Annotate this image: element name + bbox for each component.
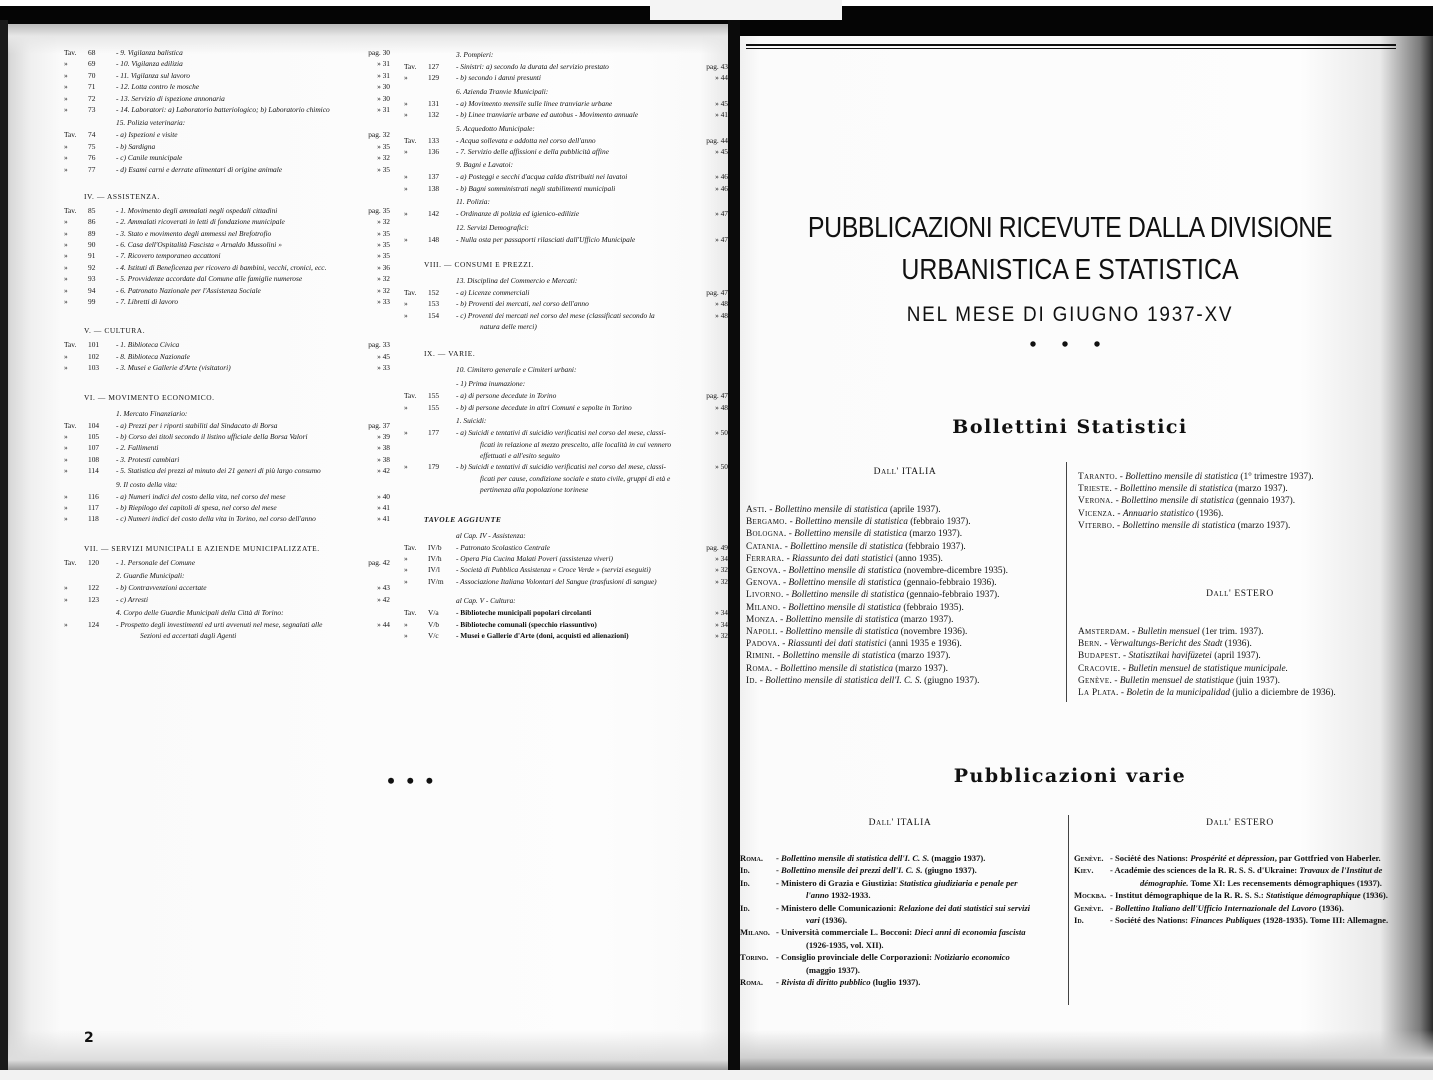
publication-title: Bulletin mensuel de statistique (1120, 676, 1234, 686)
page-reference: » 33 (377, 362, 390, 373)
table-number: 117 (88, 502, 110, 513)
index-row: »108- 3. Protesti cambiari» 38 (64, 454, 390, 465)
table-number: 153 (428, 298, 450, 309)
publication-note: (april 1937). (1214, 651, 1260, 661)
entry-description: - b) Linee tranviarie urbane ed autobus … (456, 109, 638, 120)
publication-city: Kiev. (1074, 864, 1110, 876)
index-row: »V/b- Biblioteche comunali (specchio ria… (404, 619, 728, 630)
index-row: »75- b) Sardigna» 35 (64, 141, 390, 152)
publication-city: Bern. (1078, 639, 1102, 649)
index-row: »92- 4. Istituti di Beneficenza per rico… (64, 262, 390, 273)
table-label: » (404, 72, 426, 83)
entry-description: - 10. Vigilanza edilizia (116, 58, 183, 69)
page-reference: » 38 (377, 442, 390, 453)
table-label: » (64, 104, 86, 115)
index-row: Tav.127- Sinistri: a) secondo la durata … (404, 61, 728, 72)
index-row: »116- a) Numeri indici del costo della v… (64, 491, 390, 502)
table-label: » (64, 582, 86, 593)
table-label: » (64, 262, 86, 273)
page-reference: » 31 (377, 58, 390, 69)
page-reference: » 38 (377, 454, 390, 465)
page-reference: » 31 (377, 104, 390, 115)
entry-description: - a) di persone decedute in Torino (456, 390, 556, 401)
entry-description: - 9. Vigilanza balistica (116, 47, 183, 58)
publication-note: (febbraio 1937). (905, 542, 965, 552)
publication-entry: Bern. - Verwaltungs-Bericht des Stadt (1… (1078, 638, 1398, 650)
entry-description: - b) secondo i danni presunti (456, 72, 541, 83)
publication-note: (1936). (1225, 639, 1252, 649)
page-reference: » 32 (715, 564, 728, 575)
index-column-1: Tav.68- 9. Vigilanza balisticapag. 30»69… (64, 47, 390, 642)
subsection-heading: 1. Mercato Finanziario: (64, 406, 390, 420)
page-reference: » 32 (715, 630, 728, 641)
publication-city: Cracovie. (1078, 664, 1120, 674)
publication-city: Id. (740, 864, 776, 876)
table-label: » (404, 402, 426, 413)
table-label: » (64, 228, 86, 239)
publication-entry: La Plata. - Boletin de la municipalidad … (1078, 687, 1398, 699)
page-reference: » 46 (715, 171, 728, 182)
table-number: 94 (88, 285, 110, 296)
spacer (64, 175, 390, 185)
publication-entry: Padova. - Riassunti dei dati statistici … (746, 638, 1066, 650)
ornament-dots: • • • (387, 776, 436, 786)
publication-entry: Id.- Société des Nations: Finances Publi… (1074, 914, 1404, 926)
table-number: 99 (88, 296, 110, 307)
heading-estero: Dall' ESTERO (1160, 589, 1320, 599)
table-label: » (64, 465, 86, 476)
table-label: Tav. (64, 129, 86, 140)
index-row: Tav.85- 1. Movimento degli ammalati negl… (64, 205, 390, 216)
page-reference: » 48 (715, 310, 728, 321)
separator: - (1112, 676, 1120, 686)
publication-city: Genova. (746, 566, 781, 576)
table-number: 138 (428, 183, 450, 194)
publication-title: Bollettino mensile di statistica (1122, 521, 1235, 531)
entry-description: - Associazione Italiana Volontari del Sa… (456, 576, 657, 587)
page-reference: » 32 (377, 285, 390, 296)
publication-city: Genève. (1074, 902, 1110, 914)
table-number: 131 (428, 98, 450, 109)
entry-description: - a) Licenze commerciali (456, 287, 529, 298)
entry-description: - b) Contravvenzioni accertate (116, 582, 207, 593)
table-number: V/c (428, 630, 450, 641)
table-label: » (404, 298, 426, 309)
publication-entry: Asti. - Bollettino mensile di statistica… (746, 504, 1066, 516)
entry-description: - a) Prezzi per i riporti stabiliti dal … (116, 420, 278, 431)
index-row: »124- Prospetto degli investimenti ed ur… (64, 619, 390, 630)
page-reference: » 34 (715, 607, 728, 618)
publication-entry: Cracovie. - Bulletin mensuel de statisti… (1078, 663, 1398, 675)
table-label: » (64, 502, 86, 513)
index-row: »136- 7. Servizio delle affissioni e del… (404, 146, 728, 157)
table-number: 136 (428, 146, 450, 157)
publication-note: (1928-1935). Tome III: Allemagne. (1261, 915, 1388, 925)
page-reference: » 34 (715, 553, 728, 564)
index-row: »103- 3. Musei e Gallerie d'Arte (visita… (64, 362, 390, 373)
table-label: Tav. (404, 390, 426, 401)
entry-description: - 14. Laboratori: a) Laboratorio batteri… (116, 104, 330, 115)
table-label: » (64, 216, 86, 227)
publication-title: Prospérité et dépression (1190, 853, 1275, 863)
table-label: » (404, 109, 426, 120)
entry-description: - Nulla osta per passaporti rilasciati d… (456, 234, 635, 245)
entry-description: - Società di Pubblica Assistenza « Croce… (456, 564, 651, 575)
page-reference: » 45 (377, 351, 390, 362)
table-number: 86 (88, 216, 110, 227)
header-rule-top (746, 44, 1396, 46)
page-reference: » 40 (377, 491, 390, 502)
publication-note: (giugno 1937). (923, 865, 977, 875)
heading-varie-estero: Dall' ESTERO (1160, 818, 1320, 828)
index-row: Tav.101- 1. Biblioteca Civicapag. 33 (64, 339, 390, 350)
publication-publisher: - Académie des sciences de la R. R. S. S… (1110, 865, 1299, 875)
publication-city: La Plata. (1078, 688, 1119, 698)
page-reference: » 45 (715, 146, 728, 157)
index-row: »155- b) di persone decedute in altri Co… (404, 402, 728, 413)
index-column-2: 3. Pompieri:Tav.127- Sinistri: a) second… (404, 47, 728, 641)
table-label: » (404, 461, 426, 472)
subsection-heading: 15. Polizia veterinaria: (64, 115, 390, 129)
chapter-heading: VIII. — CONSUMI E PREZZI. (404, 253, 728, 273)
publication-note: (anni 1935 e 1936). (889, 639, 962, 649)
table-label: » (64, 362, 86, 373)
page-reference: » 45 (715, 98, 728, 109)
page-reference: pag. 49 (706, 542, 728, 553)
separator: - (1112, 484, 1120, 494)
table-label: Tav. (64, 420, 86, 431)
publication-city: Roma. (746, 664, 772, 674)
publication-city: Milano. (740, 926, 776, 938)
table-number: 133 (428, 135, 450, 146)
entry-description: - c) Canile municipale (116, 152, 182, 163)
publication-note: (marzo 1937). (1235, 484, 1288, 494)
publication-note: (maggio 1937). (929, 853, 985, 863)
table-number: 127 (428, 61, 450, 72)
table-number: 75 (88, 141, 110, 152)
publication-entry: Trieste. - Bollettino mensile di statist… (1078, 483, 1398, 495)
page-title-line-1: PUBBLICAZIONI RICEVUTE DALLA DIVISIONE (803, 212, 1336, 245)
publication-title: Bollettino mensile di statistica (794, 529, 907, 539)
publication-entry: Ferrara. - Riassunto dei dati statistici… (746, 553, 1066, 565)
index-row: »105- b) Corso dei titoli secondo il lis… (64, 431, 390, 442)
index-row: »142- Ordinanze di polizia ed igienico-e… (404, 208, 728, 219)
tavole-aggiunte-heading: TAVOLE AGGIUNTE (404, 508, 728, 528)
entry-description: - 7. Libretti di lavoro (116, 296, 178, 307)
entry-description: - 6. Patronato Nazionale per l'Assistenz… (116, 285, 261, 296)
table-label: » (404, 427, 426, 438)
page-reference: » 44 (377, 619, 390, 630)
index-row: »71- 12. Lotta contro le mosche» 30 (64, 81, 390, 92)
index-row: »90- 6. Casa dell'Ospitalità Fascista « … (64, 239, 390, 250)
entry-description: - a) Suicidi e tentativi di suicidio ver… (456, 427, 666, 438)
subsection-heading: 4. Corpo delle Guardie Municipali della … (64, 605, 390, 619)
separator: - (775, 651, 783, 661)
table-label: » (404, 553, 426, 564)
publication-title: Riassunti dei dati statistici (788, 639, 887, 649)
page-reference: » 41 (377, 502, 390, 513)
publication-title: Notiziario economico (934, 952, 1010, 962)
table-number: 129 (428, 72, 450, 83)
publication-entry: Genova. - Bollettino mensile di statisti… (746, 577, 1066, 589)
page-reference: » 48 (715, 402, 728, 413)
table-label: » (404, 183, 426, 194)
publication-city: Taranto. (1078, 472, 1117, 482)
publication-title: Bulletin mensuel (1137, 627, 1199, 637)
publication-entry: Id.- Ministero delle Comunicazioni: Rela… (740, 902, 1040, 927)
publication-entry: Verona. - Bollettino mensile di statisti… (1078, 495, 1398, 507)
separator: - (1115, 509, 1123, 519)
index-row: Tav.155- a) di persone decedute in Torin… (404, 390, 728, 401)
page-reference: » 31 (377, 70, 390, 81)
table-number: 105 (88, 431, 110, 442)
entry-description-cont: pertinenza alla popolazione torinese (404, 484, 728, 495)
index-row: »77- d) Esami carni e derrate alimentari… (64, 164, 390, 175)
publication-city: Id. (740, 877, 776, 889)
publication-note: (1926-1935, vol. XII). (806, 940, 884, 950)
page-reference: » 47 (715, 208, 728, 219)
publication-title: Bollettino Italiano dell'Ufficio Interna… (1115, 903, 1317, 913)
publication-entry: Livorno. - Bollettino mensile di statist… (746, 589, 1066, 601)
page-reference: » 35 (377, 239, 390, 250)
table-number: 89 (88, 228, 110, 239)
publication-city: Id. (1074, 914, 1110, 926)
publication-entry: Bologna. - Bollettino mensile di statist… (746, 528, 1066, 540)
publication-note: (1° trimestre 1937). (1240, 472, 1313, 482)
index-row: Tav.133- Acqua sollevata e addotta nel c… (404, 135, 728, 146)
publication-publisher: - Institut démographique de la R. R. S. … (1110, 890, 1266, 900)
publication-entry: Kiev.- Académie des sciences de la R. R.… (1074, 864, 1404, 889)
table-number: 76 (88, 152, 110, 163)
spacer (404, 245, 728, 253)
table-label: » (404, 98, 426, 109)
entry-description: - b) Riepilogo dei capitoli di spesa, ne… (116, 502, 277, 513)
publication-title: Bollettino mensile di statistica (791, 590, 904, 600)
chapter-heading: IX. — VARIE. (404, 342, 728, 362)
separator: - (1113, 496, 1121, 506)
index-row: Tav.74- a) Ispezioni e visitepag. 32 (64, 129, 390, 140)
publication-city: Verona. (1078, 496, 1113, 506)
entry-description: - 5. Provvidenze accordate dal Comune al… (116, 273, 302, 284)
book-gutter (728, 20, 740, 1080)
table-number: 179 (428, 461, 450, 472)
publication-entry: Milano. - Bollettino mensile di statisti… (746, 602, 1066, 614)
publication-note: (aprile 1937). (890, 505, 941, 515)
publication-city: Torino. (740, 951, 776, 963)
table-number: 102 (88, 351, 110, 362)
entry-description: - c) Proventi dei mercati nel corso del … (456, 310, 655, 321)
entry-description: - Prospetto degli investimenti ed urti a… (116, 619, 322, 630)
scan-border-top-right (740, 6, 1433, 36)
separator: - (1102, 639, 1110, 649)
publication-publisher: - Consiglio provinciale delle Corporazio… (776, 952, 934, 962)
publication-note: (1936). (1196, 509, 1223, 519)
heading-bollettini-statistici: Bollettini Statistici (760, 416, 1380, 438)
index-row: »73- 14. Laboratori: a) Laboratorio batt… (64, 104, 390, 115)
column-divider-2 (1068, 815, 1069, 1005)
publication-entry: Genève.- Bollettino Italiano dell'Uffici… (1074, 902, 1404, 914)
index-row: »V/c- Musei e Gallerie d'Arte (doni, acq… (404, 630, 728, 641)
entry-description: - 1. Movimento degli ammalati negli ospe… (116, 205, 277, 216)
page-reference: » 50 (715, 427, 728, 438)
page-reference: » 30 (377, 93, 390, 104)
table-label: » (64, 431, 86, 442)
publication-note: (giugno 1937). (924, 676, 979, 686)
index-row: »117- b) Riepilogo dei capitoli di spesa… (64, 502, 390, 513)
page-reference: pag. 33 (368, 339, 390, 350)
separator: - (780, 639, 788, 649)
separator: - (778, 615, 786, 625)
publication-title: Bollettino mensile di statistica (783, 651, 896, 661)
table-number: 154 (428, 310, 450, 321)
publication-city: Bologna. (746, 529, 786, 539)
index-row: »129- b) secondo i danni presunti» 44 (404, 72, 728, 83)
separator: - (757, 676, 765, 686)
entry-description: - 13. Servizio di ispezione annonaria (116, 93, 225, 104)
publication-publisher: - Ministero delle Comunicazioni: (776, 903, 899, 913)
subsection-heading: 6. Azienda Tranvie Municipali: (404, 84, 728, 98)
subsection-heading: 3. Pompieri: (404, 47, 728, 61)
chapter-heading: VII. — SERVIZI MUNICIPALI E AZIENDE MUNI… (64, 537, 390, 557)
publication-city: Genève. (1074, 852, 1110, 864)
page-reference: » 34 (715, 619, 728, 630)
publication-title: Bollettino mensile di statistica (790, 542, 903, 552)
table-label: » (64, 70, 86, 81)
index-row: Tav.104- a) Prezzi per i riporti stabili… (64, 420, 390, 431)
table-label: Tav. (64, 557, 86, 568)
publication-entry: Roma.- Rivista di diritto pubblico (lugl… (740, 976, 1040, 988)
page-subtitle: NEL MESE DI GIUGNO 1937-XV (791, 303, 1349, 327)
publication-note: (luglio 1937). (871, 977, 921, 987)
page-reference: » 43 (377, 582, 390, 593)
table-label: » (64, 296, 86, 307)
table-number: 177 (428, 427, 450, 438)
publication-city: Amsterdam. (1078, 627, 1130, 637)
publication-city: Rimini. (746, 651, 775, 661)
entry-description: - d) Esami carni e derrate alimentari di… (116, 164, 282, 175)
index-row: »IV/m- Associazione Italiana Volontari d… (404, 576, 728, 587)
table-number: V/b (428, 619, 450, 630)
separator: - (767, 505, 775, 515)
index-row: »107- 2. Fallimenti» 38 (64, 442, 390, 453)
publication-title: Statisztikai havifüzetei (1128, 651, 1211, 661)
publication-city: Id. (740, 902, 776, 914)
page-reference: pag. 30 (368, 47, 390, 58)
publication-entry: Viterbo. - Bollettino mensile di statist… (1078, 520, 1398, 532)
separator: - (772, 664, 780, 674)
index-row: »93- 5. Provvidenze accordate dal Comune… (64, 273, 390, 284)
table-number: 70 (88, 70, 110, 81)
table-label: Tav. (404, 135, 426, 146)
entry-description: - 1. Biblioteca Civica (116, 339, 179, 350)
publication-entry: Taranto. - Bollettino mensile di statist… (1078, 471, 1398, 483)
publication-title: Verwaltungs-Bericht des Stadt (1110, 639, 1223, 649)
scan-top-gap (650, 0, 842, 20)
publication-note: (1936). (1317, 903, 1344, 913)
index-row: »123- c) Arresti» 42 (64, 594, 390, 605)
publication-title: Bollettino mensile di statistica dell'I.… (781, 853, 929, 863)
table-label: Tav. (64, 205, 86, 216)
index-row: »122- b) Contravvenzioni accertate» 43 (64, 582, 390, 593)
publication-city: Vicenza. (1078, 509, 1115, 519)
table-label: Tav. (404, 287, 426, 298)
subsection-heading: 11. Polizia: (404, 194, 728, 208)
publication-entry: Roma. - Bollettino mensile di statistica… (746, 663, 1066, 675)
publication-title: Boletin de la municipalidad (1126, 688, 1230, 698)
table-label: » (64, 93, 86, 104)
subsection-heading: al Cap. IV - Assistenza: (404, 528, 728, 542)
publication-note: (marzo 1937). (895, 664, 948, 674)
publication-city: Catania. (746, 542, 782, 552)
table-number: IV/l (428, 564, 450, 575)
page-reference: pag. 37 (368, 420, 390, 431)
table-number: 114 (88, 465, 110, 476)
table-label: Tav. (404, 61, 426, 72)
publication-publisher: - Société des Nations: (1110, 915, 1190, 925)
page-reference: pag. 35 (368, 205, 390, 216)
entry-description: - 2. Ammalati ricoverati in letti di fon… (116, 216, 285, 227)
publication-entry: Monza. - Bollettino mensile di statistic… (746, 614, 1066, 626)
publication-entry: Id. - Bollettino mensile di statistica d… (746, 675, 1066, 687)
subsection-heading: 9. Bagni e Lavatoi: (404, 157, 728, 171)
entry-description: - 7. Ricovero temporaneo accattoni (116, 250, 221, 261)
page-number: 2 (84, 1030, 94, 1046)
publication-title: Bollettino mensile di statistica (775, 505, 888, 515)
publication-city: Budapest. (1078, 651, 1121, 661)
table-number: 77 (88, 164, 110, 175)
entry-description: - 3. Protesti cambiari (116, 454, 179, 465)
entry-description: - 7. Servizio delle affissioni e della p… (456, 146, 609, 157)
table-label: » (64, 351, 86, 362)
table-number: 91 (88, 250, 110, 261)
index-row: »153- b) Proventi dei mercati, nel corso… (404, 298, 728, 309)
publication-title: Rivista di diritto pubblico (781, 977, 871, 987)
publication-title: Bulletin mensuel de statistique municipa… (1128, 664, 1288, 674)
table-number: 123 (88, 594, 110, 605)
publication-publisher: - Société des Nations: (1110, 853, 1190, 863)
subsection-heading: 5. Acquedotto Municipale: (404, 121, 728, 135)
table-label: » (64, 454, 86, 465)
publication-note: (gennaio-febbraio 1937). (907, 590, 1000, 600)
table-number: 107 (88, 442, 110, 453)
entry-description-cont: Sezioni ed accertati dagli Agenti (64, 630, 390, 641)
publication-city: Genève. (1078, 676, 1112, 686)
publication-title: Bollettino mensile di statistica (788, 578, 901, 588)
page-reference: » 35 (377, 164, 390, 175)
index-row: »138- b) Bagni somministrati negli stabi… (404, 183, 728, 194)
publication-title: Annuario statistico (1123, 509, 1194, 519)
table-number: 152 (428, 287, 450, 298)
scan-bottom-margin (0, 1070, 1433, 1080)
table-label: » (64, 164, 86, 175)
separator: - (1120, 664, 1128, 674)
page-reference: » 44 (715, 72, 728, 83)
publication-city: Milano. (746, 603, 780, 613)
page-reference: » 39 (377, 431, 390, 442)
index-row: »131- a) Movimento mensile sulle linee t… (404, 98, 728, 109)
page-reference: » 33 (377, 296, 390, 307)
publication-note: (marzo 1937). (909, 529, 962, 539)
publication-title: Bollettino mensile di statistica (1121, 496, 1234, 506)
table-number: 104 (88, 420, 110, 431)
entry-description: - 3. Stato e movimento degli ammessi nel… (116, 228, 271, 239)
publication-note: (marzo 1937). (898, 651, 951, 661)
subsection-heading: al Cap. V - Cultura: (404, 593, 728, 607)
chapter-heading: VI. — MOVIMENTO ECONOMICO. (64, 386, 390, 406)
entry-description: - 5. Statistica dei prezzi al minuto dei… (116, 465, 321, 476)
publication-entry: Napoli. - Bollettino mensile di statisti… (746, 626, 1066, 638)
table-number: 155 (428, 390, 450, 401)
